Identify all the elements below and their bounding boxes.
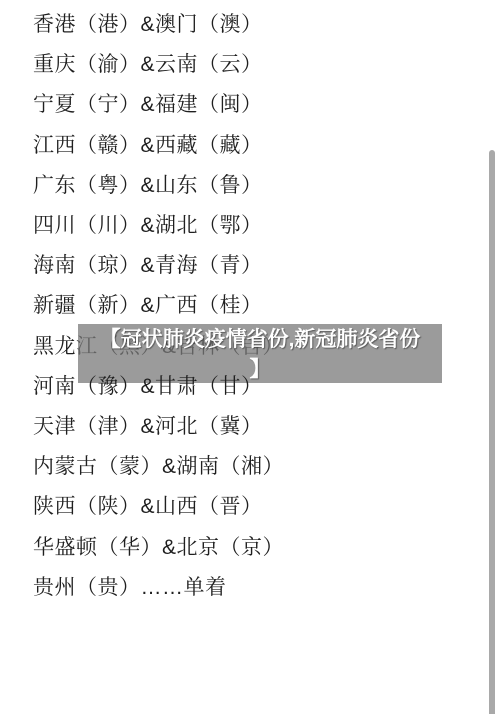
province-pair-list: 香港（港）&澳门（澳）重庆（渝）&云南（云）宁夏（宁）&福建（闽）江西（赣）&西… bbox=[33, 5, 480, 608]
list-item: 河南（豫）&甘肃（甘） bbox=[33, 367, 480, 407]
scrollbar-thumb[interactable] bbox=[489, 150, 495, 714]
list-item: 陕西（陕）&山西（晋） bbox=[33, 487, 480, 527]
list-item: 贵州（贵）……单着 bbox=[33, 568, 480, 608]
list-item: 宁夏（宁）&福建（闽） bbox=[33, 85, 480, 125]
list-item: 江西（赣）&西藏（藏） bbox=[33, 126, 480, 166]
list-item: 华盛顿（华）&北京（京） bbox=[33, 528, 480, 568]
list-item: 天津（津）&河北（冀） bbox=[33, 407, 480, 447]
list-item: 海南（琼）&青海（青） bbox=[33, 246, 480, 286]
list-item: 广东（粤）&山东（鲁） bbox=[33, 166, 480, 206]
list-item: 香港（港）&澳门（澳） bbox=[33, 5, 480, 45]
list-item: 重庆（渝）&云南（云） bbox=[33, 45, 480, 85]
list-item: 四川（川）&湖北（鄂） bbox=[33, 206, 480, 246]
page: 香港（港）&澳门（澳）重庆（渝）&云南（云）宁夏（宁）&福建（闽）江西（赣）&西… bbox=[0, 0, 500, 714]
list-item: 新疆（新）&广西（桂） bbox=[33, 286, 480, 326]
watermark-line1: 【冠状肺炎疫情省份,新冠肺炎省份 bbox=[78, 325, 442, 355]
list-item: 内蒙古（蒙）&湖南（湘） bbox=[33, 447, 480, 487]
